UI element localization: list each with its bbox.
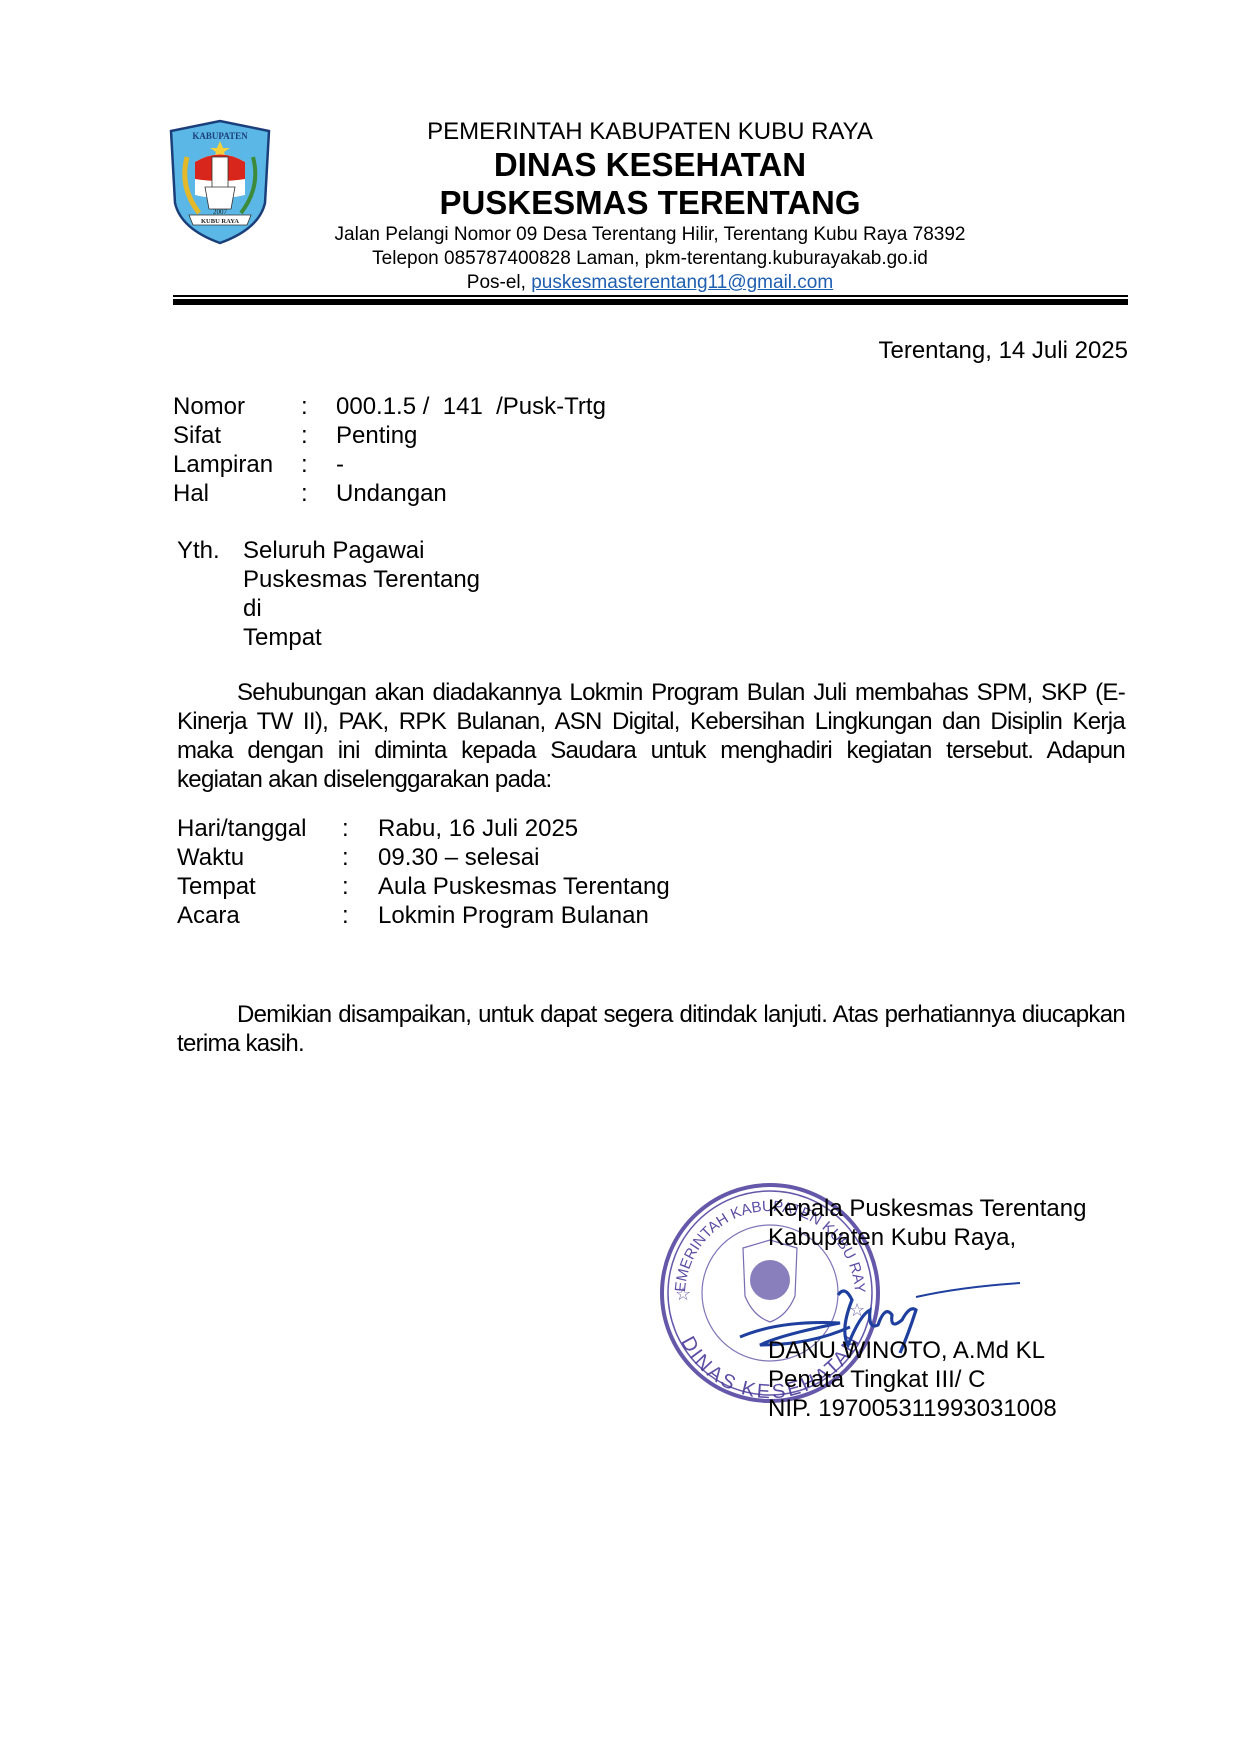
event-row-date: Hari/tanggal : Rabu, 16 Juli 2025 bbox=[177, 814, 670, 843]
signer-name: DANU WINOTO, A.Md KL bbox=[768, 1336, 1086, 1365]
phone-website: Telepon 085787400828 Laman, pkm-terentan… bbox=[300, 248, 1000, 270]
meta-value: Undangan bbox=[336, 479, 447, 508]
address: Jalan Pelangi Nomor 09 Desa Terentang Hi… bbox=[300, 224, 1000, 246]
recipient-row: Tempat bbox=[177, 623, 480, 652]
meta-colon: : bbox=[301, 421, 336, 450]
recipient-line: di bbox=[243, 594, 262, 623]
svg-text:KUBU RAYA: KUBU RAYA bbox=[201, 218, 239, 225]
recipient-row: Yth. Seluruh Pagawai bbox=[177, 536, 480, 565]
event-row-agenda: Acara : Lokmin Program Bulanan bbox=[177, 901, 670, 930]
letter-meta: Nomor : 000.1.5 / 141 /Pusk-Trtg Sifat :… bbox=[173, 392, 606, 508]
recipient-row: di bbox=[177, 594, 480, 623]
meta-row-sifat: Sifat : Penting bbox=[173, 421, 606, 450]
signer-title: Kepala Puskesmas Terentang bbox=[768, 1194, 1086, 1223]
meta-label: Hal bbox=[173, 479, 301, 508]
event-row-time: Waktu : 09.30 – selesai bbox=[177, 843, 670, 872]
signer-region: Kabupaten Kubu Raya, bbox=[768, 1223, 1086, 1252]
event-colon: : bbox=[342, 901, 378, 930]
meta-label: Lampiran bbox=[173, 450, 301, 479]
kabupaten-logo-icon: KABUPATEN 2007 KUBU RAYA bbox=[165, 117, 275, 247]
recipient-line: Puskesmas Terentang bbox=[243, 565, 480, 594]
svg-text:☆: ☆ bbox=[675, 1284, 691, 1304]
signer-rank: Penata Tingkat III/ C bbox=[768, 1365, 1086, 1394]
recipient-block: Yth. Seluruh Pagawai Puskesmas Terentang… bbox=[177, 536, 480, 652]
event-label: Waktu bbox=[177, 843, 342, 872]
meta-row-nomor: Nomor : 000.1.5 / 141 /Pusk-Trtg bbox=[173, 392, 606, 421]
meta-colon: : bbox=[301, 392, 336, 421]
meta-row-hal: Hal : Undangan bbox=[173, 479, 606, 508]
paragraph-text: Demikian disampaikan, untuk dapat segera… bbox=[177, 1000, 1125, 1058]
svg-text:KABUPATEN: KABUPATEN bbox=[192, 131, 248, 141]
event-colon: : bbox=[342, 872, 378, 901]
event-colon: : bbox=[342, 814, 378, 843]
agency-name: DINAS KESEHATAN bbox=[300, 146, 1000, 184]
recipient-line: Seluruh Pagawai bbox=[243, 536, 424, 565]
government-name: PEMERINTAH KABUPATEN KUBU RAYA bbox=[300, 118, 1000, 146]
email-link[interactable]: puskesmasterentang11@gmail.com bbox=[531, 272, 833, 293]
event-details: Hari/tanggal : Rabu, 16 Juli 2025 Waktu … bbox=[177, 814, 670, 930]
event-value: 09.30 – selesai bbox=[378, 843, 539, 872]
header-divider-thick bbox=[173, 299, 1128, 305]
body-paragraph-2: Demikian disampaikan, untuk dapat segera… bbox=[177, 1000, 1125, 1058]
event-value: Rabu, 16 Juli 2025 bbox=[378, 814, 578, 843]
meta-colon: : bbox=[301, 479, 336, 508]
event-label: Tempat bbox=[177, 872, 342, 901]
signer-nip: NIP. 197005311993031008 bbox=[768, 1394, 1086, 1423]
meta-value: 000.1.5 / 141 /Pusk-Trtg bbox=[336, 392, 606, 421]
email-prefix: Pos-el, bbox=[467, 272, 531, 293]
header-divider-thin bbox=[173, 295, 1128, 297]
meta-value: - bbox=[336, 450, 344, 479]
event-value: Lokmin Program Bulanan bbox=[378, 901, 649, 930]
meta-row-lampiran: Lampiran : - bbox=[173, 450, 606, 479]
email-line: Pos-el, puskesmasterentang11@gmail.com bbox=[300, 272, 1000, 294]
event-colon: : bbox=[342, 843, 378, 872]
event-label: Hari/tanggal bbox=[177, 814, 342, 843]
recipient-row: Puskesmas Terentang bbox=[177, 565, 480, 594]
meta-label: Nomor bbox=[173, 392, 301, 421]
event-row-place: Tempat : Aula Puskesmas Terentang bbox=[177, 872, 670, 901]
svg-text:2007: 2007 bbox=[213, 208, 228, 216]
meta-value: Penting bbox=[336, 421, 417, 450]
signature-block: Kepala Puskesmas Terentang Kabupaten Kub… bbox=[768, 1194, 1086, 1423]
body-paragraph-1: Sehubungan akan diadakannya Lokmin Progr… bbox=[177, 678, 1125, 794]
signature-space bbox=[768, 1252, 1086, 1336]
place-date: Terentang, 14 Juli 2025 bbox=[878, 336, 1128, 365]
recipient-line: Tempat bbox=[243, 623, 322, 652]
event-label: Acara bbox=[177, 901, 342, 930]
event-value: Aula Puskesmas Terentang bbox=[378, 872, 670, 901]
indent bbox=[177, 565, 243, 594]
indent bbox=[177, 594, 243, 623]
paragraph-text: Sehubungan akan diadakannya Lokmin Progr… bbox=[177, 678, 1125, 794]
meta-label: Sifat bbox=[173, 421, 301, 450]
unit-name: PUSKESMAS TERENTANG bbox=[300, 184, 1000, 222]
meta-colon: : bbox=[301, 450, 336, 479]
salutation: Yth. bbox=[177, 536, 243, 565]
indent bbox=[177, 623, 243, 652]
